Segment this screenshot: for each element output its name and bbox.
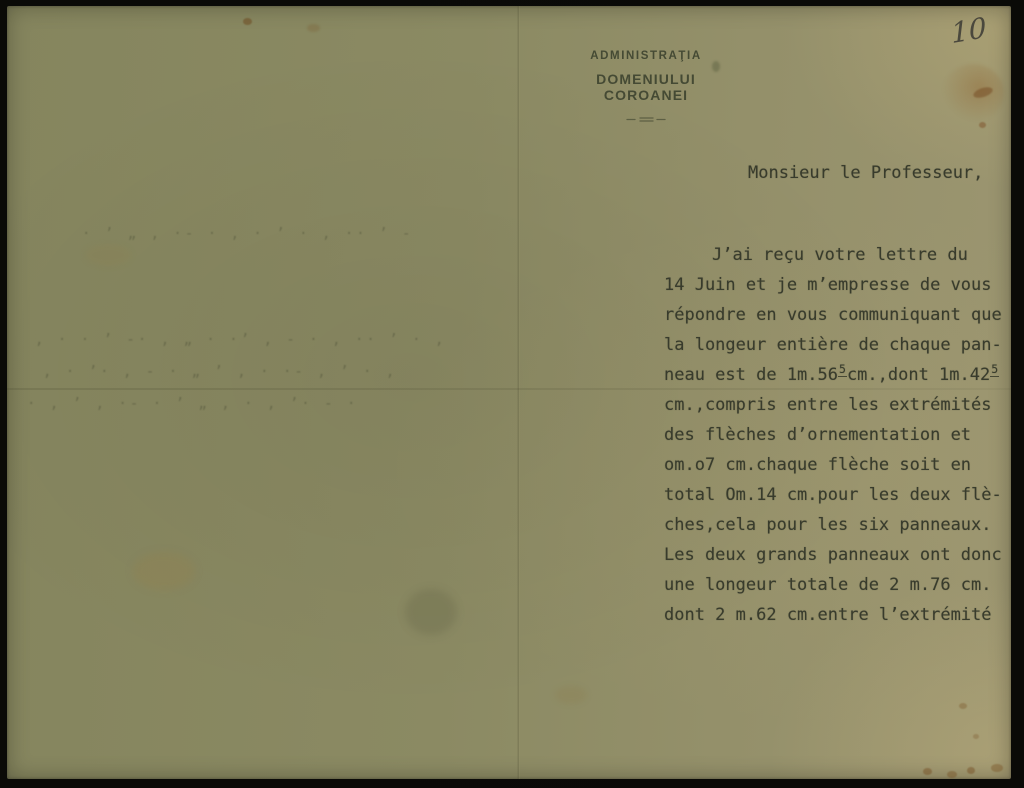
handwritten-page-number: 10 <box>950 11 987 50</box>
letterhead-line2: DOMENIULUI COROANEI <box>560 71 732 103</box>
measurement-text: neau est de 1m.56 <box>664 365 838 385</box>
edge-stain <box>942 64 1004 122</box>
letter-line-measurement: neau est de 1m.565cm.,dont 1m.425 <box>664 360 1002 390</box>
letter-page: ADMINISTRAŢIA DOMENIULUI COROANEI 10 Mon… <box>7 6 1011 779</box>
foxing-stain <box>243 18 252 25</box>
foxing-stain <box>307 24 320 32</box>
letter-line: des flèches d’ornementation et <box>664 420 1002 450</box>
foxing-stain <box>973 734 979 739</box>
letter-line: total Om.14 cm.pour les deux flè- <box>664 480 1002 510</box>
bleedthrough-line: · ’ „ , ·- · ‚ · ’ · , ·· ’ - <box>82 226 422 242</box>
discoloration-patch <box>555 686 587 704</box>
letterhead: ADMINISTRAŢIA DOMENIULUI COROANEI <box>560 50 732 129</box>
letter-line: 14 Juin et je m’empresse de vous <box>664 270 1002 300</box>
bleedthrough-line: ‚ · · ’ -· , „ · ·’ ‚ - · , ·· ’ · ‚ <box>35 332 490 348</box>
letter-body: J’ai reçu votre lettre du 14 Juin et je … <box>664 240 1002 630</box>
letter-line: dont 2 m.62 cm.entre l’extrémité <box>664 600 1002 630</box>
letter-line: la longeur entière de chaque pan- <box>664 330 1002 360</box>
measurement-text: cm.,dont 1m.42 <box>847 365 990 385</box>
edge-stain <box>972 85 994 100</box>
foxing-stain <box>923 768 932 775</box>
vertical-fold-crease <box>517 6 520 779</box>
letter-line: om.o7 cm.chaque flèche soit en <box>664 450 1002 480</box>
superscript-five: 5 <box>838 364 847 377</box>
discoloration-patch <box>85 244 131 266</box>
letter-line: Les deux grands panneaux ont donc <box>664 540 1002 570</box>
foxing-stain <box>947 771 957 778</box>
bleedthrough-line: · ‚ ’ , ·- · ’ „ ‚ · , ’· - · <box>27 396 447 412</box>
letterhead-line1: ADMINISTRAŢIA <box>560 50 732 62</box>
foxing-stain <box>979 122 986 128</box>
letter-line: répondre en vous communiquant que <box>664 300 1002 330</box>
letter-line: cm.,compris entre les extrémités <box>664 390 1002 420</box>
foxing-stain <box>991 764 1003 772</box>
letter-salutation: Monsieur le Professeur, <box>748 158 983 188</box>
foxing-stain <box>967 767 975 774</box>
discoloration-patch <box>133 552 195 590</box>
superscript-five: 5 <box>990 364 999 377</box>
letter-line: ches,cela pour les six panneaux. <box>664 510 1002 540</box>
letter-line: une longeur totale de 2 m.76 cm. <box>664 570 1002 600</box>
scanner-background: ADMINISTRAŢIA DOMENIULUI COROANEI 10 Mon… <box>0 0 1024 788</box>
letter-line: J’ai reçu votre lettre du <box>664 240 1002 270</box>
foxing-stain <box>959 703 967 709</box>
bleedthrough-line: , · ’· ‚ - · „ ’ , · ·- ‚ ’ · , <box>43 364 478 380</box>
smudge-patch <box>405 589 457 635</box>
letterhead-flourish-icon <box>560 111 732 129</box>
